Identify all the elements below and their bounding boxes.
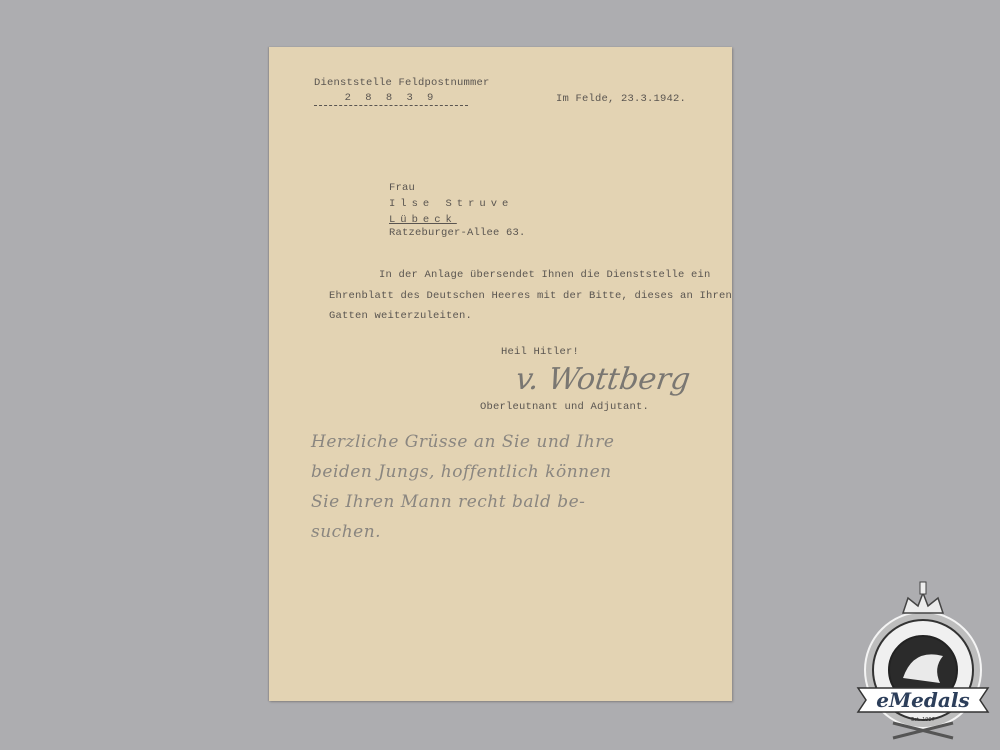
recipient-city: Lübeck: [389, 214, 457, 226]
body-line: In der Anlage übersendet Ihnen die Diens…: [379, 269, 711, 281]
handwritten-note: Herzliche Grüsse an Sie und Ihre beiden …: [311, 427, 711, 547]
recipient-street: Ratzeburger-Allee 63.: [389, 227, 526, 239]
emedals-watermark-logo: eMedals Est. 1997: [848, 578, 998, 743]
office-label: Dienststelle Feldpostnummer: [314, 77, 490, 89]
body-line: Ehrenblatt des Deutschen Heeres mit der …: [329, 290, 732, 302]
letter-document: Dienststelle Feldpostnummer 2 8 8 3 9 Im…: [269, 47, 732, 701]
handwritten-line: suchen.: [311, 517, 711, 547]
emedals-badge-icon: eMedals Est. 1997: [848, 578, 998, 743]
body-line: Gatten weiterzuleiten.: [329, 310, 472, 322]
svg-text:Est. 1997: Est. 1997: [911, 717, 935, 723]
recipient-name: Ilse Struve: [389, 198, 513, 210]
field-post-number: 2 8 8 3 9: [314, 92, 468, 106]
signer-title: Oberleutnant und Adjutant.: [480, 401, 649, 413]
closing: Heil Hitler!: [501, 346, 579, 358]
handwritten-line: Herzliche Grüsse an Sie und Ihre: [311, 427, 711, 457]
recipient-salutation: Frau: [389, 182, 415, 194]
handwritten-line: beiden Jungs, hoffentlich können: [311, 457, 711, 487]
handwritten-line: Sie Ihren Mann recht bald be-: [311, 487, 711, 517]
signature: v. Wottberg: [514, 362, 693, 397]
place-date: Im Felde, 23.3.1942.: [556, 93, 686, 105]
brand-text: eMedals: [876, 688, 969, 712]
